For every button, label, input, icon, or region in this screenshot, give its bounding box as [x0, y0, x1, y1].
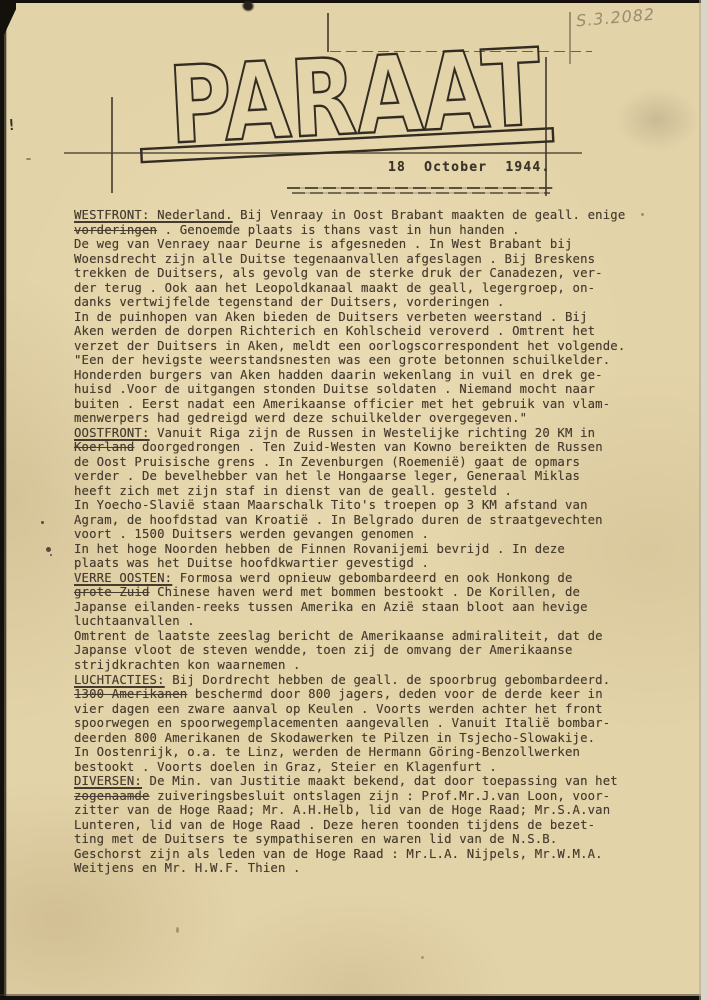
paraat-logo: PARAAT	[90, 36, 566, 200]
text-line: trekken de Duitsers, als gevolg van de s…	[74, 266, 674, 281]
pencil-margin-line	[569, 12, 571, 64]
text-line: Agram, de hoofdstad van Kroatië . In Bel…	[74, 513, 674, 528]
heading-line-rest: Formosa werd opnieuw gebombardeerd en oo…	[172, 571, 572, 585]
issue-date: 18 October 1944.	[388, 160, 550, 175]
text-line: In de puinhopen van Aken bieden de Duits…	[74, 310, 674, 325]
text-line: voort . 1500 Duitsers werden gevangen ge…	[74, 527, 674, 542]
section-heading: VERRE OOSTEN:	[74, 571, 172, 585]
section-heading-line: DIVERSEN: De Min. van Justitie maakt bek…	[74, 774, 674, 789]
text-line: Lunteren, lid van de Hoge Raad . Deze he…	[74, 818, 674, 833]
section-heading-line: OOSTFRONT: Vanuit Riga zijn de Russen in…	[74, 426, 674, 441]
section-heading-line: VERRE OOSTEN: Formosa werd opnieuw gebom…	[74, 571, 674, 586]
text-line: grote Zuid Chinese haven werd met bommen…	[74, 585, 674, 600]
heading-line-rest: Bij Venraay in Oost Brabant maakten de g…	[233, 208, 626, 222]
text-line: In Yoecho-Slavië staan Maarschalk Tito's…	[74, 498, 674, 513]
paper-speck	[46, 547, 51, 552]
margin-exclamation-mark: !	[6, 116, 16, 135]
text-line: strijdkrachten kon waarnemen .	[74, 658, 674, 673]
text-line: danks vertwijfelde tegenstand der Duitse…	[74, 295, 674, 310]
text-line: Aken werden de dorpen Richterich en Kohl…	[74, 324, 674, 339]
text-line: zogenaamde zuiveringsbesluit ontslagen z…	[74, 789, 674, 804]
text-line: 1300 Amerikanen beschermd door 800 jager…	[74, 687, 674, 702]
text-line: de Oost Pruisische grens . In Zevenburge…	[74, 455, 674, 470]
struck-word: Koerland	[74, 440, 134, 454]
text-line: menwerpers had gedreigd werd deze schuil…	[74, 411, 674, 426]
document-body: WESTFRONT: Nederland. Bij Venraay in Oos…	[74, 208, 674, 876]
section-westfront: WESTFRONT: Nederland. Bij Venraay in Oos…	[74, 208, 674, 426]
scan-edge-bottom	[0, 994, 707, 1000]
struck-word: zogenaamde	[74, 789, 150, 803]
text-line: Japanse vloot de steven wendde, toen zij…	[74, 643, 674, 658]
heading-line-rest: De Min. van Justitie maakt bekend, dat d…	[142, 774, 618, 788]
section-heading: OOSTFRONT:	[74, 426, 150, 440]
masthead: PARAAT	[90, 36, 566, 200]
scan-edge-top	[0, 0, 707, 3]
section-heading: LUCHTACTIES:	[74, 673, 165, 687]
text-line: huisd .Voor de uitgangen stonden Duitse …	[74, 382, 674, 397]
text-line: In het hoge Noorden hebben de Finnen Rov…	[74, 542, 674, 557]
paper-speck	[50, 554, 52, 556]
logo-text: PARAAT	[166, 36, 544, 168]
text-line: verder . De bevelhebber van het le Honga…	[74, 469, 674, 484]
handwritten-annotation: S.3.2082	[575, 5, 656, 31]
text-line: bestookt . Voorts doelen in Graz, Steier…	[74, 760, 674, 775]
text-line: zitter van de Hoge Raad; Mr. A.H.Helb, l…	[74, 803, 674, 818]
section-oostfront: OOSTFRONT: Vanuit Riga zijn de Russen in…	[74, 426, 674, 571]
ink-smudge	[235, 0, 259, 19]
text-line: heeft zich met zijn staf in dienst van d…	[74, 484, 674, 499]
text-line: plaats was het Duitse hoofdkwartier geve…	[74, 556, 674, 571]
text-line: Japanse eilanden-reeks tussen Amerika en…	[74, 600, 674, 615]
text-line: De weg van Venraey naar Deurne is afgesn…	[74, 237, 674, 252]
section-diversen: DIVERSEN: De Min. van Justitie maakt bek…	[74, 774, 674, 876]
text-line: luchtaanvallen .	[74, 614, 674, 629]
text-line: Omtrent de laatste zeeslag bericht de Am…	[74, 629, 674, 644]
text-line: vier dagen een zware aanval op Keulen . …	[74, 702, 674, 717]
text-line: deerden 800 Amerikanen de Skodawerken te…	[74, 731, 674, 746]
text-line: Koerland doorgedrongen . Ten Zuid-Westen…	[74, 440, 674, 455]
struck-word: 1300 Amerikanen	[74, 687, 187, 701]
section-heading-line: WESTFRONT: Nederland. Bij Venraay in Oos…	[74, 208, 674, 223]
section-heading: DIVERSEN:	[74, 774, 142, 788]
text-line: Weitjens en Mr. H.W.F. Thien .	[74, 861, 674, 876]
text-line: spoorwegen en spoorwegemplacementen aang…	[74, 716, 674, 731]
section-heading: WESTFRONT: Nederland.	[74, 208, 233, 222]
text-line: buiten . Eerst nadat een Amerikaanse off…	[74, 397, 674, 412]
paper-speck	[26, 158, 31, 160]
struck-word: vorderingen	[74, 223, 157, 237]
text-line: der terug . Ook aan het Leopoldkanaal ma…	[74, 281, 674, 296]
scanned-newsletter-page: PARAAT 18 October 1944. S.3.2082 ! WESTF…	[0, 0, 707, 1000]
paper-speck	[421, 956, 424, 959]
paper-speck	[41, 521, 44, 524]
section-verre-oosten: VERRE OOSTEN: Formosa werd opnieuw gebom…	[74, 571, 674, 673]
text-line: Honderden burgers van Aken hadden daarin…	[74, 368, 674, 383]
heading-line-rest: Vanuit Riga zijn de Russen in Westelijke…	[150, 426, 596, 440]
text-line: verzet der Duitsers in Aken, meldt een o…	[74, 339, 674, 354]
section-heading-line: LUCHTACTIES: Bij Dordrecht hebben de gea…	[74, 673, 674, 688]
text-line: Woensdrecht zijn alle Duitse tegenaanval…	[74, 252, 674, 267]
text-line: vorderingen . Genoemde plaats is thans v…	[74, 223, 674, 238]
text-line: "Een der hevigste weerstandsnesten was e…	[74, 353, 674, 368]
struck-word: grote Zuid	[74, 585, 150, 599]
section-luchtacties: LUCHTACTIES: Bij Dordrecht hebben de gea…	[74, 673, 674, 775]
heading-line-rest: Bij Dordrecht hebben de geall. de spoorb…	[165, 673, 611, 687]
scan-edge-left	[0, 0, 7, 1000]
text-line: Geschorst zijn als leden van de Hoge Raa…	[74, 847, 674, 862]
paper-speck	[176, 927, 179, 933]
text-line: ting met de Duitsers te sympathiseren en…	[74, 832, 674, 847]
scan-edge-right	[699, 0, 707, 1000]
text-line: In Oostenrijk, o.a. te Linz, werden de H…	[74, 745, 674, 760]
scan-corner-top-left	[0, 0, 16, 44]
